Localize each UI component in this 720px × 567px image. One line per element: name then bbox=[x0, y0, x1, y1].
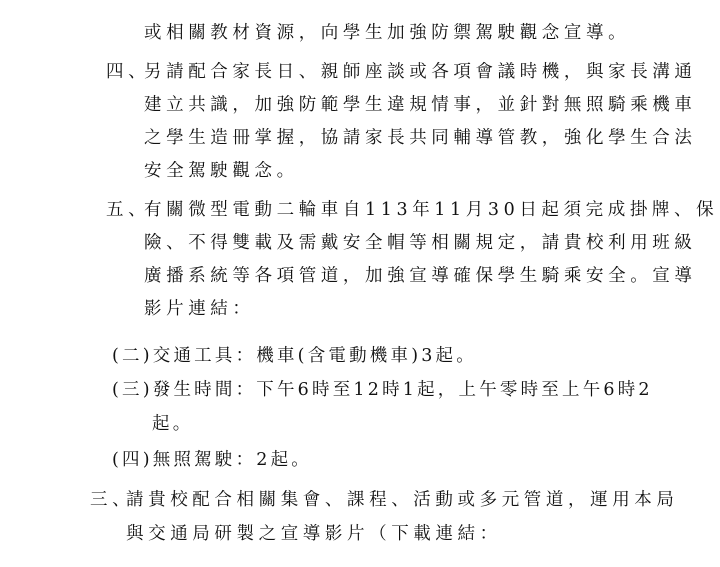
list-item-line: 險、不得雙載及需戴安全帽等相關規定，請貴校利用班級 bbox=[144, 232, 697, 254]
stat-text: 無照駕駛：2起。 bbox=[153, 450, 312, 470]
stat-marker: (四) bbox=[112, 450, 153, 470]
video-link-label: 影片連結： bbox=[144, 298, 255, 320]
download-link-label: 與交通局研製之宣導影片（下載連結： bbox=[126, 523, 502, 545]
list-item-line: 請貴校配合相關集會、課程、活動或多元管道，運用本局 bbox=[126, 489, 679, 511]
list-item-line: 另請配合家長日、親師座談或各項會議時機，與家長溝通 bbox=[144, 61, 697, 83]
stat-marker: (二) bbox=[112, 346, 153, 366]
stat-item-time: (三)發生時間：下午6時至12時1起，上午零時至上午6時2 bbox=[112, 379, 653, 401]
list-item-line: 有關微型電動二輪車自113年11月30日起須完成掛牌、保 bbox=[144, 199, 718, 221]
stat-text-continuation: 起。 bbox=[152, 413, 193, 435]
stat-marker: (三) bbox=[112, 380, 153, 400]
stat-item-unlicensed: (四)無照駕駛：2起。 bbox=[112, 449, 312, 471]
stat-item-vehicle: (二)交通工具：機車(含電動機車)3起。 bbox=[112, 345, 477, 367]
list-item-line: 廣播系統等各項管道，加強宣導確保學生騎乘安全。宣導 bbox=[144, 265, 697, 287]
stat-text: 發生時間：下午6時至12時1起，上午零時至上午6時2 bbox=[153, 380, 653, 400]
stat-text: 交通工具：機車(含電動機車)3起。 bbox=[153, 346, 477, 366]
list-item-line: 之學生造冊掌握，協請家長共同輔導管教，強化學生合法 bbox=[144, 127, 697, 149]
list-item-line: 建立共識，加強防範學生違規情事，並針對無照騎乘機車 bbox=[144, 94, 697, 116]
paragraph-continuation-line: 或相關教材資源，向學生加強防禦駕駛觀念宣導。 bbox=[144, 22, 630, 44]
list-item-line: 安全駕駛觀念。 bbox=[144, 160, 299, 182]
